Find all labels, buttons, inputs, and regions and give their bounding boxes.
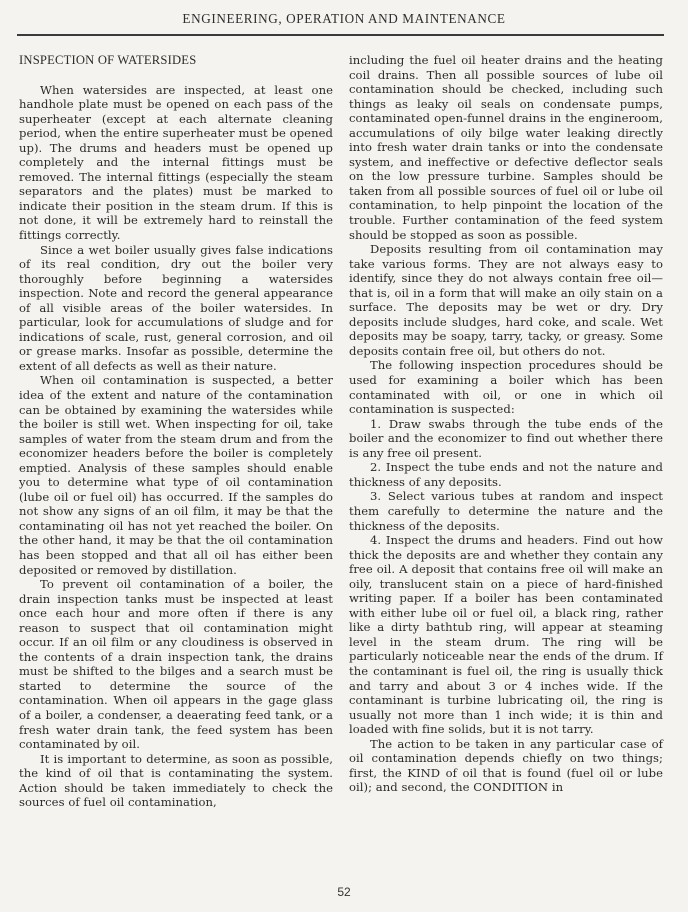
procedure-step-2: 2. Inspect the tube ends and not the nat… <box>349 460 663 489</box>
right-text-column: including the fuel oil heater drains and… <box>349 53 663 795</box>
paragraph: To prevent oil contamination of a boiler… <box>19 577 333 752</box>
paragraph: Since a wet boiler usually gives false i… <box>19 243 333 374</box>
procedure-step-1: 1. Draw swabs through the tube ends of t… <box>349 417 663 461</box>
section-heading: INSPECTION OF WATERSIDES <box>19 53 333 68</box>
paragraph: The following inspection procedures shou… <box>349 358 663 416</box>
page-number: 52 <box>0 885 688 899</box>
procedure-step-4: 4. Inspect the drums and headers. Find o… <box>349 533 663 737</box>
header-divider-rule <box>17 34 664 36</box>
paragraph: It is important to determine, as soon as… <box>19 752 333 810</box>
left-text-column: INSPECTION OF WATERSIDES When watersides… <box>19 53 333 810</box>
paragraph: When oil contamination is suspected, a b… <box>19 373 333 577</box>
procedure-step-3: 3. Select various tubes at random and in… <box>349 489 663 533</box>
running-header-title: ENGINEERING, OPERATION AND MAINTENANCE <box>0 11 688 27</box>
paragraph-continued: including the fuel oil heater drains and… <box>349 53 663 242</box>
paragraph: Deposits resulting from oil contaminatio… <box>349 242 663 358</box>
paragraph: When watersides are inspected, at least … <box>19 83 333 243</box>
paragraph: The action to be taken in any particular… <box>349 737 663 795</box>
